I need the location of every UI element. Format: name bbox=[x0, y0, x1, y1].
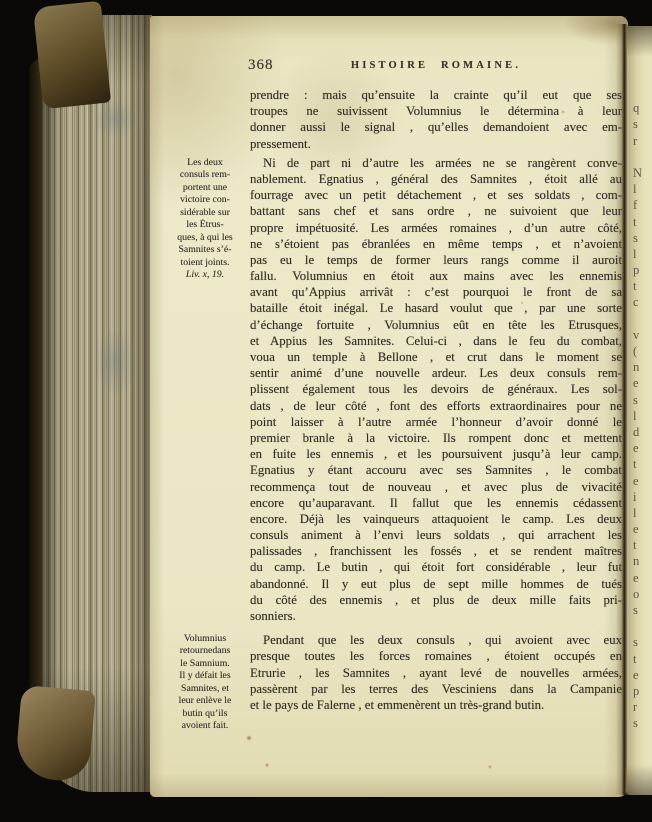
facing-text-fragment: e bbox=[627, 521, 652, 537]
facing-text-fragment bbox=[627, 84, 652, 100]
facing-text-fragment: l bbox=[627, 408, 652, 424]
text-line: ne s’étoient pas ébranlées en même temps… bbox=[250, 236, 622, 252]
facing-text-fragment: n bbox=[627, 359, 652, 375]
paragraph: prendre : mais qu’ensuite la crainte qu’… bbox=[250, 87, 622, 152]
facing-text-fragment: s bbox=[627, 634, 652, 650]
text-line: pressement. bbox=[250, 136, 622, 152]
margin-note-line: portent une bbox=[160, 182, 250, 194]
margin-note-line: butin qu’ils bbox=[160, 708, 250, 720]
facing-text-fragment: i bbox=[627, 489, 652, 505]
text-line: consuls animent à l’envi leurs soldats ,… bbox=[250, 527, 622, 543]
text-line: pas eu le temps de former leurs rangs co… bbox=[250, 252, 622, 268]
text-line: fallu. Volumnius en étoit aux mains avec… bbox=[250, 268, 622, 284]
text-line: prendre : mais qu’ensuite la crainte qu’… bbox=[250, 87, 622, 103]
facing-text-fragment: l bbox=[627, 505, 652, 521]
facing-text-fragment: s bbox=[627, 230, 652, 246]
text-line: dats , de leur côté , font des efforts e… bbox=[250, 398, 622, 414]
facing-text-fragment: t bbox=[627, 537, 652, 553]
text-line: nablement. Egnatius , général des Samnit… bbox=[250, 171, 622, 187]
facing-text-fragment: l bbox=[627, 246, 652, 262]
facing-text-fragment: t bbox=[627, 278, 652, 294]
text-line: palissades , franchissent les fossés , e… bbox=[250, 543, 622, 559]
facing-text-fragment: v bbox=[627, 327, 652, 343]
text-line: et le pays de Falerne , et emmenèrent un… bbox=[250, 697, 622, 713]
facing-text-fragment: r bbox=[627, 699, 652, 715]
facing-text-fragment: e bbox=[627, 440, 652, 456]
margin-note-line: victoire con- bbox=[160, 194, 250, 206]
page-header: 368 HISTOIRE ROMAINE. bbox=[250, 57, 622, 77]
margin-note-line: toient joints. bbox=[160, 257, 250, 269]
facing-text-fragment: n bbox=[627, 553, 652, 569]
margin-note-line: Samnites s’é- bbox=[160, 244, 250, 256]
margin-note: Les deuxconsuls rem-portent unevictoire … bbox=[160, 157, 250, 281]
margin-note-line: Il y défait les bbox=[160, 670, 250, 682]
text-line: voua un temple à Bellone , et crut dans … bbox=[250, 349, 622, 365]
running-title: HISTOIRE ROMAINE. bbox=[250, 60, 622, 71]
facing-text-fragment: c bbox=[627, 294, 652, 310]
margin-note-line: Les deux bbox=[160, 157, 250, 169]
ink-smudge bbox=[94, 328, 136, 396]
text-line: Ni de part ni d’autre les armées ne se r… bbox=[250, 155, 622, 171]
facing-text-fragment: p bbox=[627, 262, 652, 278]
facing-text-fragment: l bbox=[627, 181, 652, 197]
facing-page-text-fragments: qsrNlftslptcv(nesldeteiletneossteprs bbox=[627, 84, 652, 732]
margin-note-line: le Samnium. bbox=[160, 658, 250, 670]
facing-text-fragment: d bbox=[627, 424, 652, 440]
text-line: du camp. Le butin , qui étoit fort consi… bbox=[250, 559, 622, 575]
paragraph: Ni de part ni d’autre les armées ne se r… bbox=[250, 155, 622, 624]
facing-text-fragment: e bbox=[627, 570, 652, 586]
book-scan: 368 HISTOIRE ROMAINE. prendre : mais qu’… bbox=[0, 0, 652, 822]
margin-note-line: sidérable sur bbox=[160, 207, 250, 219]
facing-page-sliver: qsrNlftslptcv(nesldeteiletneossteprs bbox=[627, 26, 652, 795]
paragraph: Pendant que les deux consuls , qui avoie… bbox=[250, 632, 622, 713]
margin-note-line: Samnites, et bbox=[160, 683, 250, 695]
facing-text-fragment: t bbox=[627, 456, 652, 472]
text-line: plissent également tous les devoirs de g… bbox=[250, 381, 622, 397]
facing-text-fragment: p bbox=[627, 683, 652, 699]
facing-text-fragment: s bbox=[627, 715, 652, 731]
text-line: battant sans chef et sans ordre , ne sui… bbox=[250, 203, 622, 219]
facing-text-fragment: r bbox=[627, 133, 652, 149]
text-line: Egnatius y étant accouru avec ses Samnit… bbox=[250, 462, 622, 478]
facing-text-fragment: q bbox=[627, 100, 652, 116]
text-line: propre impétuosité. Les armées romaines … bbox=[250, 220, 622, 236]
facing-text-fragment bbox=[627, 311, 652, 327]
facing-text-fragment: s bbox=[627, 116, 652, 132]
facing-text-fragment: t bbox=[627, 651, 652, 667]
text-line: sentir animé d’une nouvelle ardeur. Les … bbox=[250, 365, 622, 381]
text-line: du côté des ennemis , et plus de deux mi… bbox=[250, 592, 622, 608]
facing-text-fragment: e bbox=[627, 667, 652, 683]
text-line: presque toutes les forces romaines , éto… bbox=[250, 648, 622, 664]
facing-text-fragment bbox=[627, 618, 652, 634]
text-line: encore qu’auparavant. Il fallut que les … bbox=[250, 495, 622, 511]
margin-note-line: avoient fait. bbox=[160, 720, 250, 732]
facing-text-fragment: t bbox=[627, 214, 652, 230]
facing-text-fragment: s bbox=[627, 602, 652, 618]
book-page: 368 HISTOIRE ROMAINE. prendre : mais qu’… bbox=[150, 16, 628, 797]
main-text: prendre : mais qu’ensuite la crainte qu’… bbox=[250, 87, 622, 713]
facing-text-fragment: s bbox=[627, 392, 652, 408]
facing-text-fragment: e bbox=[627, 375, 652, 391]
text-line: bataille étoit inégal. Le hasard voulut … bbox=[250, 300, 622, 316]
text-line: troupes ne suivissent Volumnius le déter… bbox=[250, 103, 622, 119]
text-line: premier branle à la victoire. Ils rompen… bbox=[250, 430, 622, 446]
margin-note-line: retournedans bbox=[160, 645, 250, 657]
margin-note-line: ques, à qui les bbox=[160, 232, 250, 244]
facing-text-fragment bbox=[627, 149, 652, 165]
margin-note-line: les Étrus- bbox=[160, 219, 250, 231]
facing-text-fragment: f bbox=[627, 197, 652, 213]
ink-smudge bbox=[92, 100, 138, 138]
text-line: abandonné. Il y eut plus de sept mille h… bbox=[250, 576, 622, 592]
margin-note-line: Liv. x, 19. bbox=[160, 269, 250, 281]
text-line: Pendant que les deux consuls , qui avoie… bbox=[250, 632, 622, 648]
text-line: recommença tout de nouveau , et avec plu… bbox=[250, 479, 622, 495]
margin-note: Volumniusretournedansle Samnium.Il y déf… bbox=[160, 633, 250, 733]
facing-text-fragment: e bbox=[627, 473, 652, 489]
text-line: donner aussi le signal , qu’elles demand… bbox=[250, 119, 622, 135]
text-line: et Appius les Samnites. Celui-ci , dans … bbox=[250, 333, 622, 349]
text-line: d’échange fortuite , Volumnius eût en tê… bbox=[250, 317, 622, 333]
text-line: fourrage avec un petit détachement , et … bbox=[250, 187, 622, 203]
text-line: sonniers. bbox=[250, 608, 622, 624]
binding-leather-top-corner bbox=[33, 1, 111, 110]
facing-text-fragment: o bbox=[627, 586, 652, 602]
facing-text-fragment: N bbox=[627, 165, 652, 181]
text-line: passèrent par les terres des Vesciniens … bbox=[250, 681, 622, 697]
text-line: point laisser à l’autre armée l’honneur … bbox=[250, 414, 622, 430]
margin-note-line: consuls rem- bbox=[160, 169, 250, 181]
text-line: encore. Déjà les vainqueurs attaquoient … bbox=[250, 511, 622, 527]
text-line: avant qu’Appius arrivât : c’est pourquoi… bbox=[250, 284, 622, 300]
text-line: Etrurie , les Samnites , ayant levé de n… bbox=[250, 665, 622, 681]
text-line: en fuite les ennemis , et les poursuiven… bbox=[250, 446, 622, 462]
facing-text-fragment: ( bbox=[627, 343, 652, 359]
margin-note-line: leur enlève le bbox=[160, 695, 250, 707]
margin-note-line: Volumnius bbox=[160, 633, 250, 645]
